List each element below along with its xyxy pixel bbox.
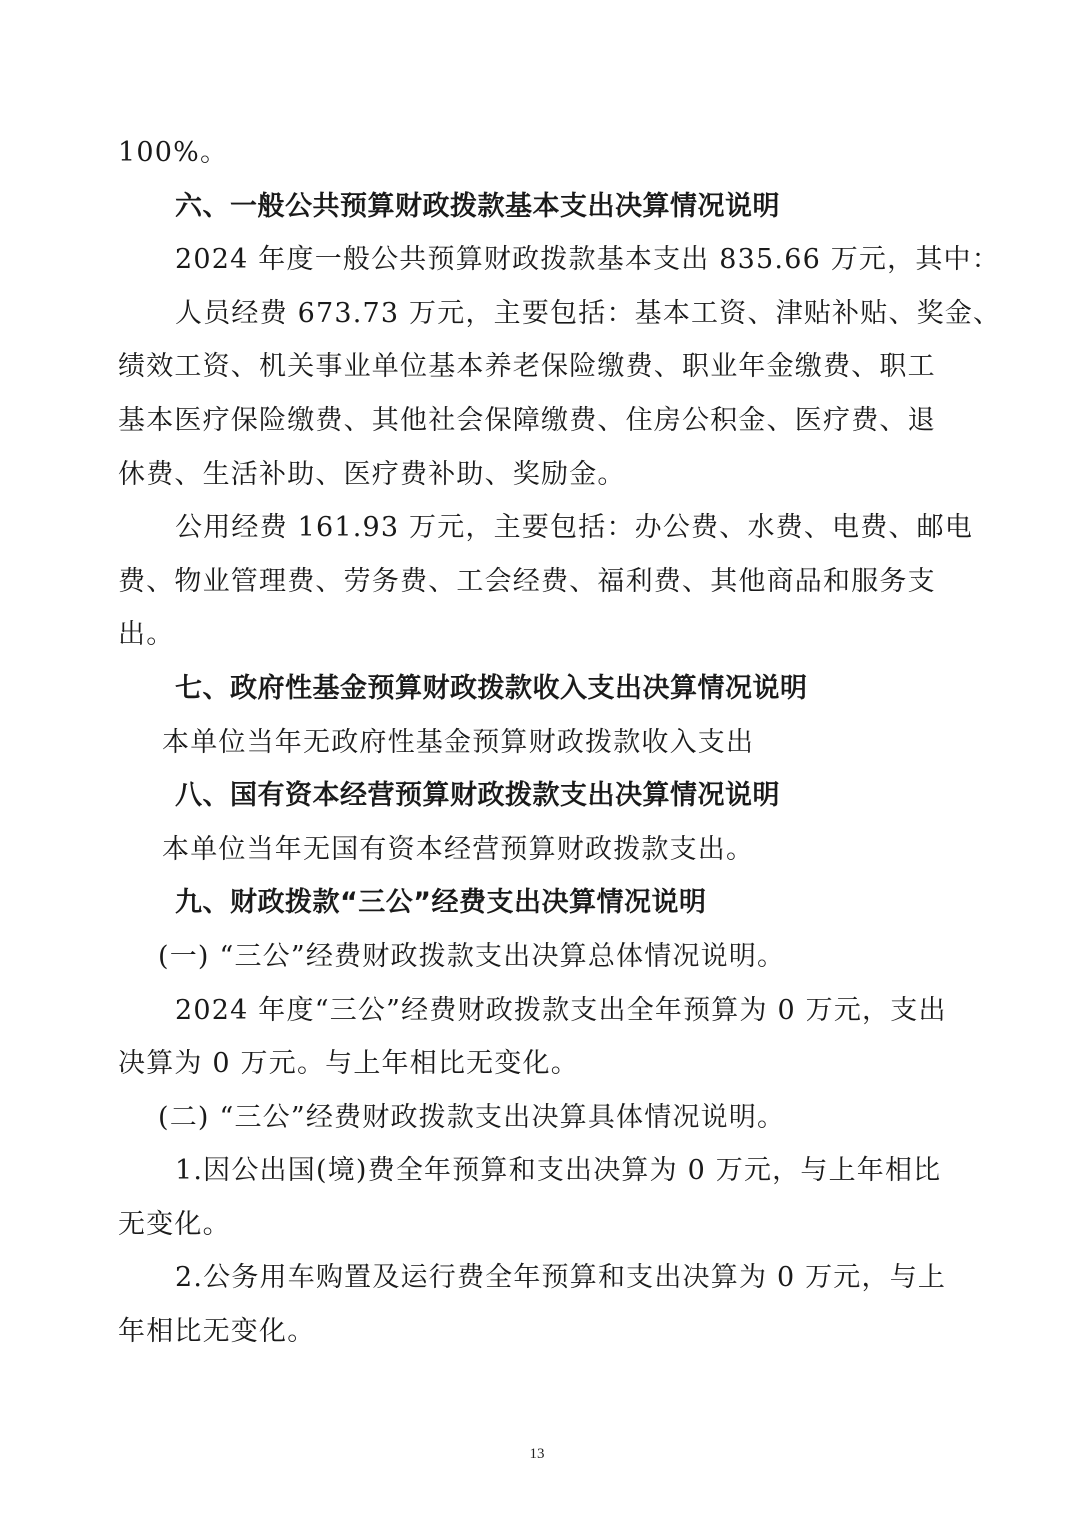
paragraph-official-vehicles: 2.公务用车购置及运行费全年预算和支出决算为 0 万元，与上 年相比无变化。 — [118, 1251, 960, 1358]
paragraph-continuation: 100%。 — [118, 126, 960, 180]
text-line: 人员经费 673.73 万元，主要包括：基本工资、津贴补贴、奖金、 — [118, 287, 960, 341]
page-number: 13 — [0, 1446, 1074, 1463]
text-line: 休费、生活补助、医疗费补助、奖励金。 — [118, 448, 960, 502]
text-line: 年相比无变化。 — [118, 1305, 960, 1359]
page-body: 100%。 六、一般公共预算财政拨款基本支出决算情况说明 2024 年度一般公共… — [118, 126, 960, 1359]
subheading-specific: (二) “三公”经费财政拨款支出决算具体情况说明。 — [118, 1091, 960, 1145]
subheading-overall: (一) “三公”经费财政拨款支出决算总体情况说明。 — [118, 930, 960, 984]
text-line: 出。 — [118, 608, 960, 662]
section-heading-9: 九、财政拨款“三公”经费支出决算情况说明 — [118, 876, 960, 930]
section-heading-7: 七、政府性基金预算财政拨款收入支出决算情况说明 — [118, 662, 960, 716]
text-line: 决算为 0 万元。与上年相比无变化。 — [118, 1037, 960, 1091]
text-line: 2.公务用车购置及运行费全年预算和支出决算为 0 万元，与上 — [118, 1251, 960, 1305]
section-heading-8: 八、国有资本经营预算财政拨款支出决算情况说明 — [118, 769, 960, 823]
text-line: 绩效工资、机关事业单位基本养老保险缴费、职业年金缴费、职工 — [118, 340, 960, 394]
paragraph-public-expenses: 公用经费 161.93 万元，主要包括：办公费、水费、电费、邮电 费、物业管理费… — [118, 501, 960, 662]
document-page: 100%。 六、一般公共预算财政拨款基本支出决算情况说明 2024 年度一般公共… — [0, 0, 1074, 1520]
text-line: 基本医疗保险缴费、其他社会保障缴费、住房公积金、医疗费、退 — [118, 394, 960, 448]
paragraph-basic-expenditure: 2024 年度一般公共预算财政拨款基本支出 835.66 万元，其中： — [118, 233, 960, 287]
paragraph-gov-fund: 本单位当年无政府性基金预算财政拨款收入支出 — [118, 716, 960, 770]
paragraph-overseas-travel: 1.因公出国(境)费全年预算和支出决算为 0 万元，与上年相比 无变化。 — [118, 1144, 960, 1251]
text-line: 公用经费 161.93 万元，主要包括：办公费、水费、电费、邮电 — [118, 501, 960, 555]
text-line: 费、物业管理费、劳务费、工会经费、福利费、其他商品和服务支 — [118, 555, 960, 609]
text-line: 1.因公出国(境)费全年预算和支出决算为 0 万元，与上年相比 — [118, 1144, 960, 1198]
paragraph-personnel-expenses: 人员经费 673.73 万元，主要包括：基本工资、津贴补贴、奖金、 绩效工资、机… — [118, 287, 960, 501]
paragraph-three-public-overall: 2024 年度“三公”经费财政拨款支出全年预算为 0 万元，支出 决算为 0 万… — [118, 984, 960, 1091]
paragraph-state-capital: 本单位当年无国有资本经营预算财政拨款支出。 — [118, 823, 960, 877]
text-line: 2024 年度“三公”经费财政拨款支出全年预算为 0 万元，支出 — [118, 984, 960, 1038]
section-heading-6: 六、一般公共预算财政拨款基本支出决算情况说明 — [118, 180, 960, 234]
text-line: 无变化。 — [118, 1198, 960, 1252]
